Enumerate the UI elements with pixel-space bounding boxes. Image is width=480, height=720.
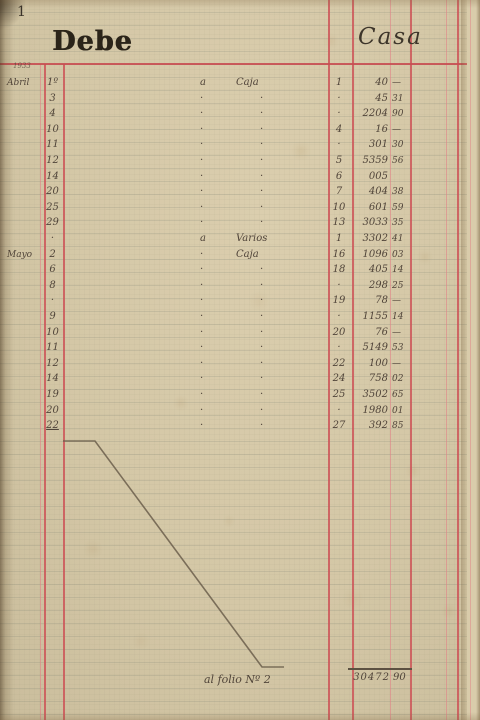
entry-cents: 02 xyxy=(392,372,412,387)
entry-day: 29 xyxy=(44,216,61,231)
entry-folio: 1 xyxy=(327,232,351,247)
entry-amount: 005 xyxy=(350,170,388,185)
header-rule xyxy=(0,63,480,65)
entry-day: 11 xyxy=(44,138,61,153)
rule-margin-thin xyxy=(40,64,41,720)
entry-amount: 1155 xyxy=(350,310,388,325)
entry-amount: 301 xyxy=(350,138,388,153)
entry-month: Mayo xyxy=(7,248,42,263)
entry-folio: 19 xyxy=(327,294,351,309)
entry-day: 1º xyxy=(44,76,61,91)
entry-desc-ditto: · xyxy=(200,388,216,403)
page-number: 1 xyxy=(17,4,26,20)
entry-desc-ditto: · xyxy=(200,357,216,372)
entry-desc-ditto: · xyxy=(200,170,216,185)
entry-folio: 10 xyxy=(327,201,351,216)
entry-amount: 1096 xyxy=(350,248,388,263)
entry-day: 10 xyxy=(44,326,61,341)
entry-desc: Caja xyxy=(236,76,298,91)
entry-desc: · xyxy=(236,170,322,185)
entry-amount: 392 xyxy=(350,419,388,434)
entry-cents: 25 xyxy=(392,279,412,294)
scan-bottom-edge xyxy=(0,712,480,720)
entry-cents: 56 xyxy=(392,154,412,169)
entry-desc-ditto: · xyxy=(200,123,216,138)
entry-desc: · xyxy=(236,185,322,200)
entry-day: 20 xyxy=(44,404,61,419)
entry-folio: 18 xyxy=(327,263,351,278)
entry-desc-ditto: · xyxy=(200,138,216,153)
entry-cents: 90 xyxy=(392,107,412,122)
entry-desc: · xyxy=(236,154,322,169)
binding-edge xyxy=(0,0,14,720)
entry-desc: · xyxy=(236,388,322,403)
entry-amount: 298 xyxy=(350,279,388,294)
entry-desc: · xyxy=(236,279,322,294)
entry-cents: 41 xyxy=(392,232,412,247)
rule-page-right xyxy=(457,0,459,720)
entry-folio: · xyxy=(327,107,351,122)
entry-amount: 758 xyxy=(350,372,388,387)
entry-day: · xyxy=(44,294,61,309)
entry-folio: 20 xyxy=(327,326,351,341)
entry-folio: · xyxy=(327,92,351,107)
entry-amount: 1980 xyxy=(350,404,388,419)
entry-cents: 14 xyxy=(392,310,412,325)
entry-amount: 16 xyxy=(350,123,388,138)
page-edge-shadow xyxy=(461,0,467,720)
rule-cents-divider xyxy=(390,0,391,720)
entry-desc: · xyxy=(236,263,322,278)
entry-folio: 27 xyxy=(327,419,351,434)
entry-amount: 78 xyxy=(350,294,388,309)
entry-cents: 59 xyxy=(392,201,412,216)
entry-cents: — xyxy=(392,123,412,138)
entry-cents: — xyxy=(392,326,412,341)
entry-folio: 24 xyxy=(327,372,351,387)
entry-desc-ditto: · xyxy=(200,263,216,278)
next-page-sliver xyxy=(467,0,480,720)
entry-day: 20 xyxy=(44,185,61,200)
entry-month: Abril xyxy=(7,76,42,91)
entry-desc: · xyxy=(236,107,322,122)
entry-amount: 5149 xyxy=(350,341,388,356)
entry-desc-ditto: · xyxy=(200,279,216,294)
entry-amount: 5359 xyxy=(350,154,388,169)
entry-desc-ditto: · xyxy=(200,419,216,434)
entry-desc: · xyxy=(236,294,322,309)
entry-folio: · xyxy=(327,310,351,325)
entry-folio: 13 xyxy=(327,216,351,231)
entry-desc-ditto: · xyxy=(200,107,216,122)
carry-forward-label: al folio Nº 2 xyxy=(204,673,271,686)
year-note: 1933 xyxy=(13,62,31,70)
entry-day: 4 xyxy=(44,107,61,122)
entry-amount: 100 xyxy=(350,357,388,372)
entry-cents: 38 xyxy=(392,185,412,200)
entry-day: · xyxy=(44,232,61,247)
entry-day: 14 xyxy=(44,170,61,185)
debit-title: Debe xyxy=(52,26,133,57)
entry-desc: · xyxy=(236,216,322,231)
entry-amount: 3302 xyxy=(350,232,388,247)
scan-top-edge xyxy=(0,0,480,8)
entry-desc-ditto: · xyxy=(200,341,216,356)
entry-day: 6 xyxy=(44,263,61,278)
entry-day: 22 xyxy=(44,419,61,434)
entry-day: 19 xyxy=(44,388,61,403)
entry-cents: 53 xyxy=(392,341,412,356)
total-cents: 90 xyxy=(393,672,406,683)
entry-folio: · xyxy=(327,404,351,419)
entry-amount: 405 xyxy=(350,263,388,278)
entry-folio: 6 xyxy=(327,170,351,185)
entry-desc-ditto: · xyxy=(200,92,216,107)
entry-cents: 85 xyxy=(392,419,412,434)
entry-amount: 76 xyxy=(350,326,388,341)
entry-amount: 3502 xyxy=(350,388,388,403)
entry-desc: · xyxy=(236,123,322,138)
entry-desc: · xyxy=(236,372,322,387)
entry-folio: · xyxy=(327,138,351,153)
entry-folio: 25 xyxy=(327,388,351,403)
entry-amount: 45 xyxy=(350,92,388,107)
entry-folio: 7 xyxy=(327,185,351,200)
entry-cents: — xyxy=(392,294,412,309)
entry-desc: · xyxy=(236,201,322,216)
entry-cents: — xyxy=(392,76,412,91)
entry-desc-ditto: · xyxy=(200,372,216,387)
entry-desc-ditto: · xyxy=(200,216,216,231)
total-amount: 30472 xyxy=(348,672,390,683)
entry-desc: · xyxy=(236,357,322,372)
entry-cents: 03 xyxy=(392,248,412,263)
entry-day: 3 xyxy=(44,92,61,107)
entry-folio: · xyxy=(327,279,351,294)
entry-day: 10 xyxy=(44,123,61,138)
entry-desc-ditto: · xyxy=(200,294,216,309)
entry-day: 9 xyxy=(44,310,61,325)
entry-amount: 40 xyxy=(350,76,388,91)
entry-cents: 65 xyxy=(392,388,412,403)
entry-desc-ditto: · xyxy=(200,248,216,263)
entry-desc: · xyxy=(236,404,322,419)
entry-desc: Caja xyxy=(236,248,298,263)
entry-day: 8 xyxy=(44,279,61,294)
entry-desc: · xyxy=(236,341,322,356)
entry-folio: · xyxy=(327,341,351,356)
entry-cents: — xyxy=(392,357,412,372)
entry-desc-ditto: · xyxy=(200,201,216,216)
entry-desc: · xyxy=(236,310,322,325)
foxing-stains xyxy=(0,0,2,2)
entry-desc-ditto: · xyxy=(200,154,216,169)
entry-desc: · xyxy=(236,419,322,434)
entry-amount: 3033 xyxy=(350,216,388,231)
entry-day: 2 xyxy=(44,248,61,263)
entry-day: 12 xyxy=(44,357,61,372)
entry-folio: 22 xyxy=(327,357,351,372)
entry-folio: 4 xyxy=(327,123,351,138)
entry-desc-ditto: · xyxy=(200,185,216,200)
entry-desc-ditto: a xyxy=(200,232,216,247)
entry-desc-ditto: · xyxy=(200,310,216,325)
entry-amount: 601 xyxy=(350,201,388,216)
entry-desc: Varios xyxy=(236,232,298,247)
entry-cents: 35 xyxy=(392,216,412,231)
entry-folio: 5 xyxy=(327,154,351,169)
entry-desc: · xyxy=(236,138,322,153)
entry-desc-ditto: · xyxy=(200,326,216,341)
entry-day: 25 xyxy=(44,201,61,216)
entry-folio: 1 xyxy=(327,76,351,91)
rule-day-right xyxy=(63,64,65,720)
entry-folio: 16 xyxy=(327,248,351,263)
next-page-rule xyxy=(470,0,471,720)
rule-extra-thin xyxy=(446,0,447,720)
ledger-page: 1 Debe Casa 1933 Abril1ºaCaja140—3···453… xyxy=(0,0,480,720)
entry-cents: 01 xyxy=(392,404,412,419)
entry-desc-ditto: a xyxy=(200,76,216,91)
entry-desc-ditto: · xyxy=(200,404,216,419)
total-rule xyxy=(348,668,412,670)
entry-cents: 14 xyxy=(392,263,412,278)
entry-day: 11 xyxy=(44,341,61,356)
entry-amount: 2204 xyxy=(350,107,388,122)
entry-desc: · xyxy=(236,326,322,341)
entry-cents: 31 xyxy=(392,92,412,107)
account-title: Casa xyxy=(358,24,423,50)
entry-day: 12 xyxy=(44,154,61,169)
entry-cents: 30 xyxy=(392,138,412,153)
entry-desc: · xyxy=(236,92,322,107)
entry-day: 14 xyxy=(44,372,61,387)
entry-amount: 404 xyxy=(350,185,388,200)
scan-right-edge xyxy=(476,0,480,720)
